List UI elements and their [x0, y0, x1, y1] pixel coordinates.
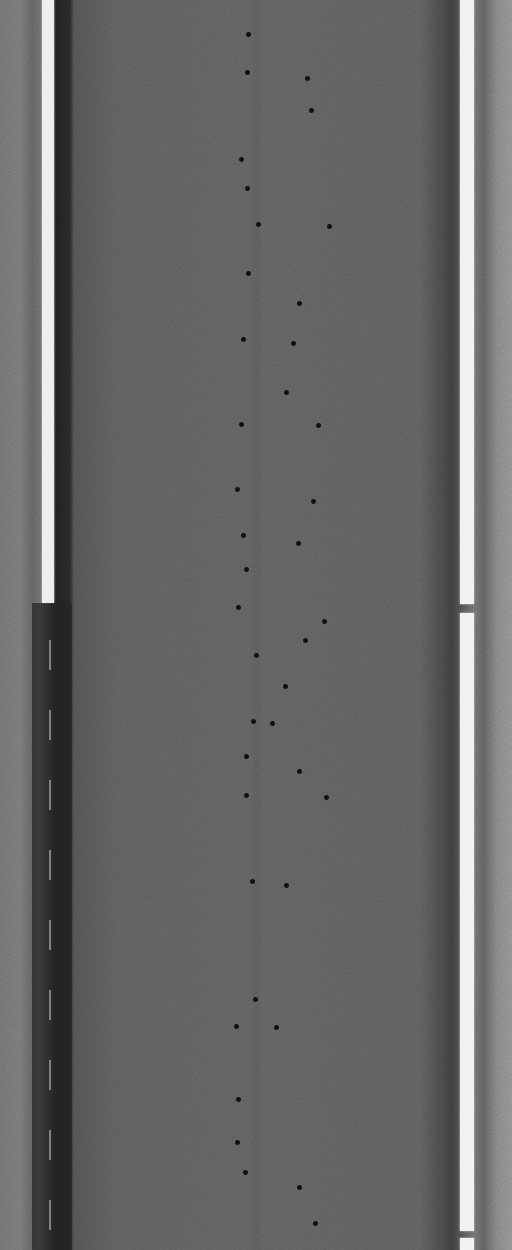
asphalt-spot: [245, 186, 250, 191]
asphalt-spot: [245, 70, 250, 75]
faint-dash-mark: [49, 920, 51, 950]
left-shoulder-strip: [32, 603, 72, 1250]
asphalt-spot: [241, 533, 246, 538]
asphalt-spot: [322, 619, 327, 624]
faint-dash-mark: [49, 1130, 51, 1160]
asphalt-spot: [244, 567, 249, 572]
faint-dash-mark: [49, 710, 51, 740]
faint-dash-mark: [49, 640, 51, 670]
asphalt-spot: [244, 754, 249, 759]
right-edge-line-2: [460, 613, 474, 1231]
faint-dash-mark: [49, 1060, 51, 1090]
asphalt-spot: [253, 997, 258, 1002]
asphalt-texture: [0, 0, 512, 1250]
asphalt-spot: [313, 1221, 318, 1226]
asphalt-spot: [283, 684, 288, 689]
asphalt-spot: [297, 301, 302, 306]
asphalt-spot: [274, 1025, 279, 1030]
asphalt-spot: [239, 422, 244, 427]
right-edge-line-1: [460, 0, 474, 604]
asphalt-spot: [241, 337, 246, 342]
faint-dash-mark: [49, 1200, 51, 1230]
left-edge-line: [42, 0, 54, 603]
asphalt-spot: [234, 1024, 239, 1029]
asphalt-spot: [316, 423, 321, 428]
asphalt-spot: [297, 1185, 302, 1190]
faint-dash-mark: [49, 780, 51, 810]
asphalt-spot: [311, 499, 316, 504]
right-edge-line-3: [460, 1238, 474, 1250]
faint-dash-mark: [49, 990, 51, 1020]
asphalt-spot: [254, 653, 259, 658]
faint-dash-mark: [49, 850, 51, 880]
asphalt-spot: [284, 883, 289, 888]
asphalt-spot: [244, 793, 249, 798]
asphalt-spot: [250, 879, 255, 884]
